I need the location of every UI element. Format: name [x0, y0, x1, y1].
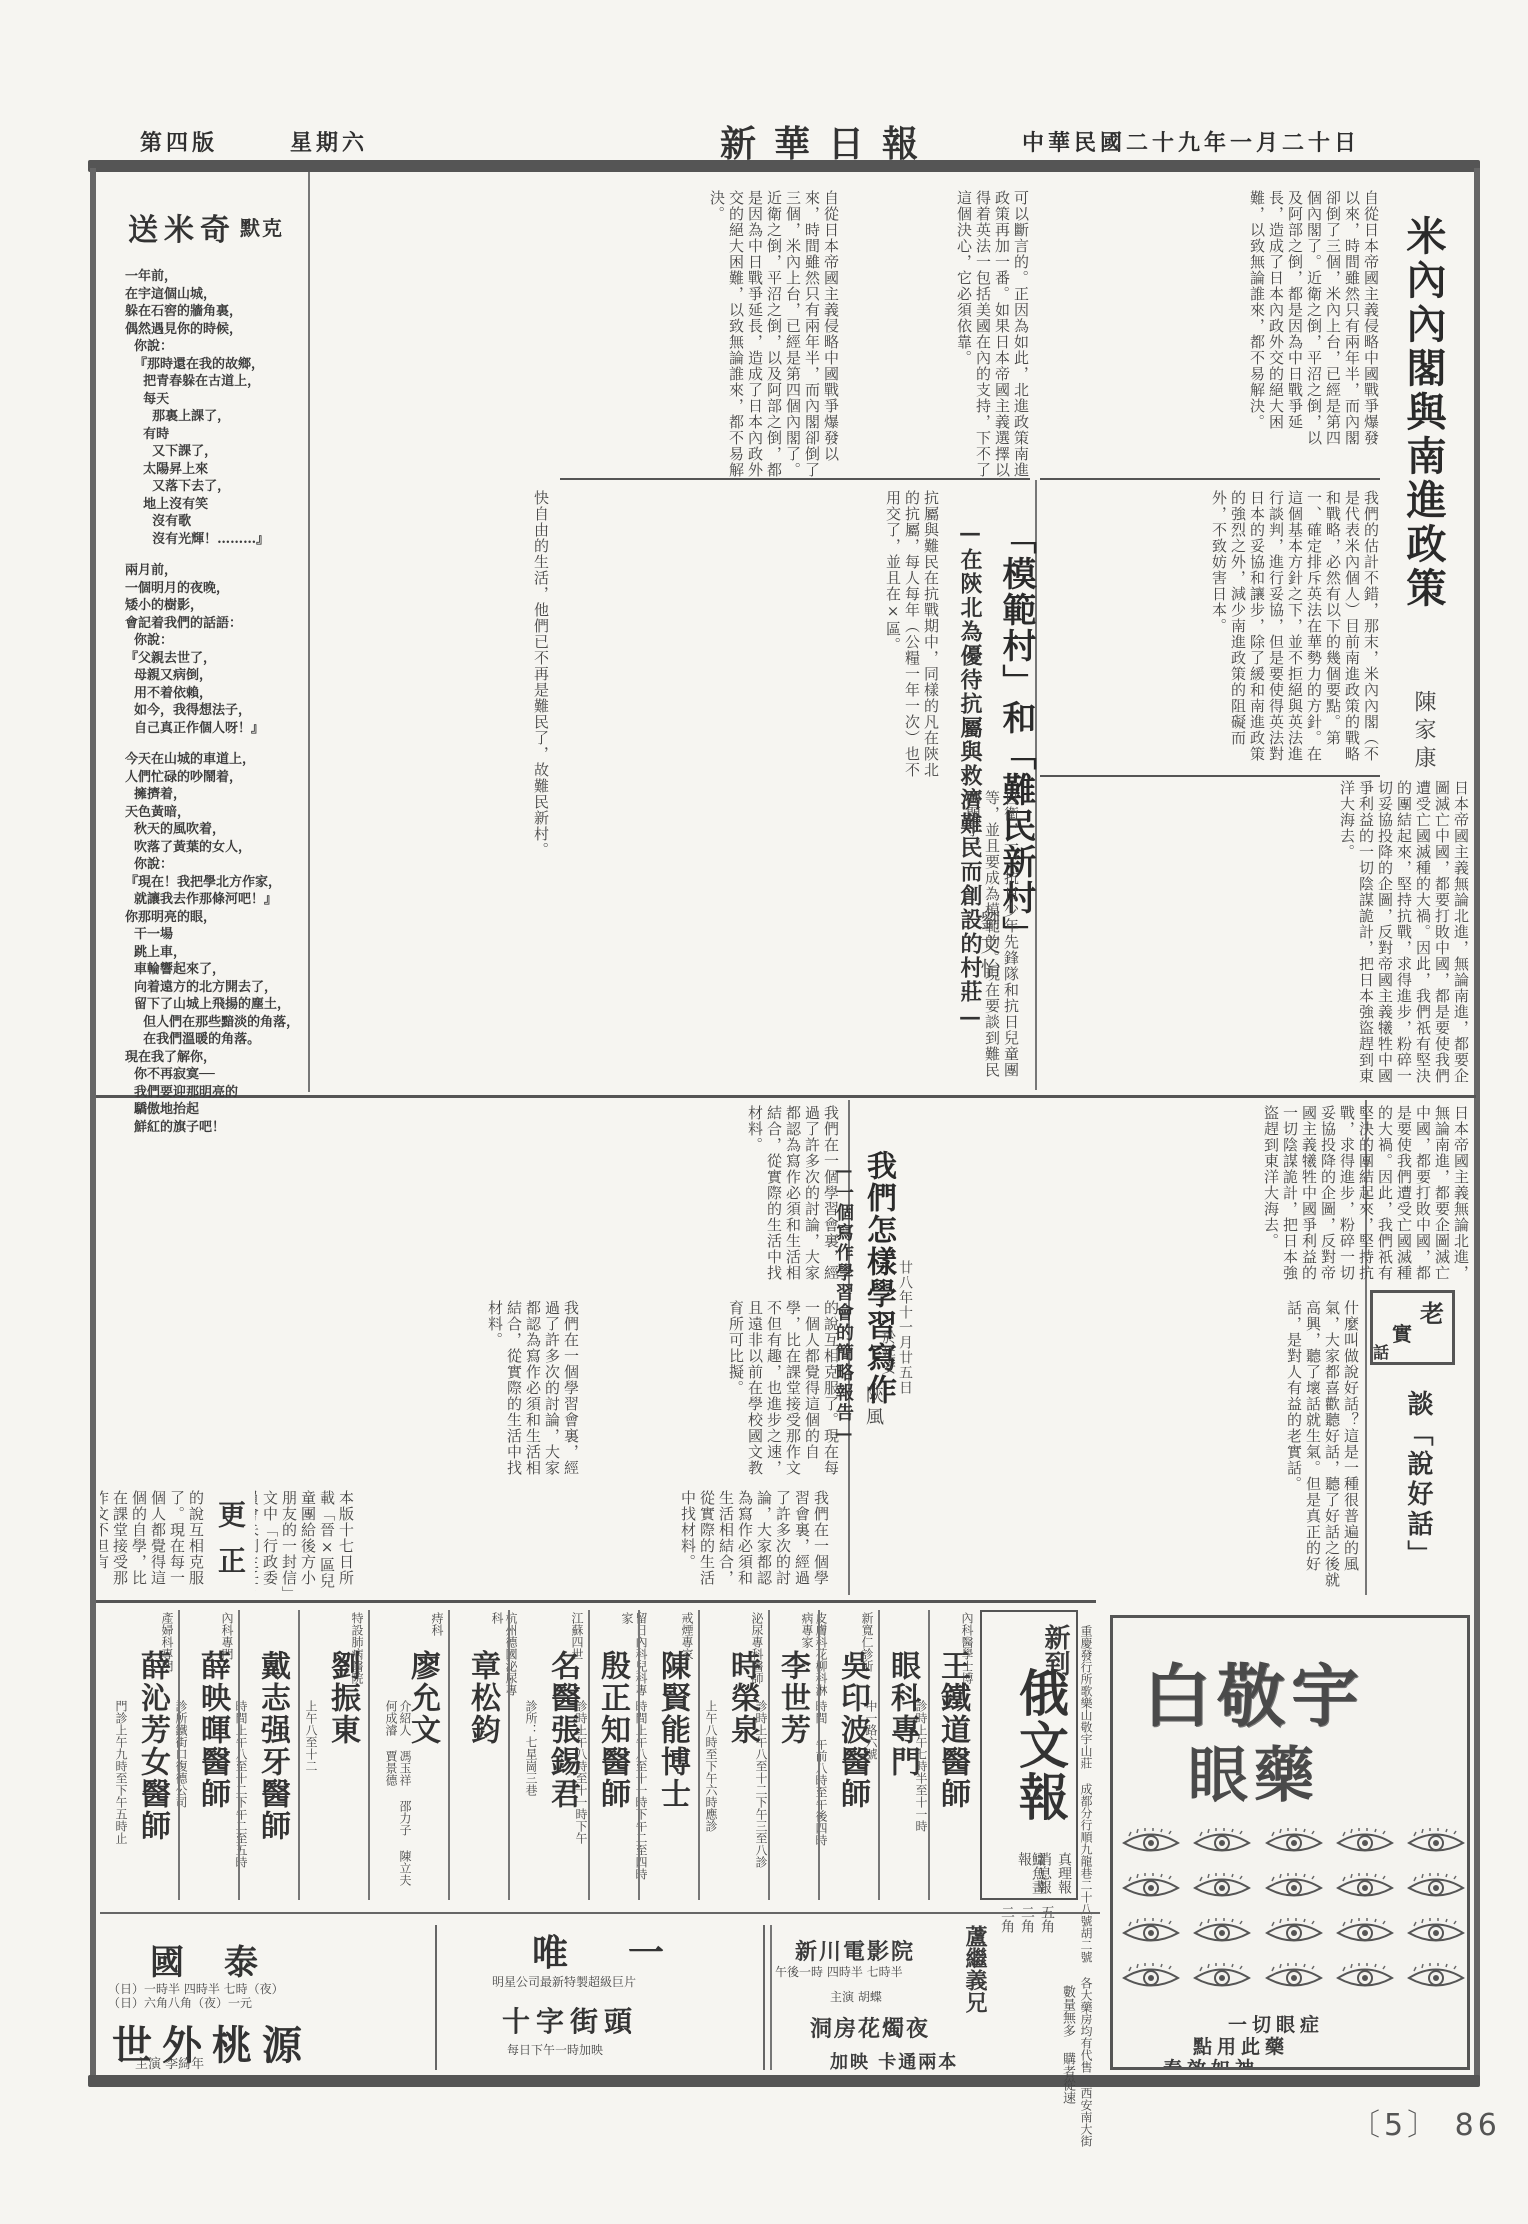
poem-line: 那裏上課了， [125, 408, 305, 426]
ad-divider [448, 1610, 450, 1900]
doctor-ad-info: 門診上午九時至下午五時止 [114, 1700, 128, 1900]
doctor-ad-info: 上午八時至下午六時應診 [704, 1700, 718, 1900]
poem-line: 兩月前， [125, 562, 305, 580]
writing-paragraph: 我們在一個學習會裏，經過了許多次的討論，大家都認為寫作必須和生活相結合，從實際的… [100, 1105, 840, 1290]
ad-divider [638, 1610, 640, 1900]
xinchuan-times: 午後一時 四時半 七時半 [775, 1965, 903, 1979]
writing-paragraph: 的說互相克服了。現在每一個人都覺得這個的自學，比在課堂接受那作文不但有趣，也進步… [590, 1300, 840, 1480]
ad-divider [818, 1610, 820, 1900]
editorial-paragraph: 自從日本帝國主義侵略中國戰爭爆發以來，時間雖然只有兩年半，而內閣卻倒了三個，米內… [320, 190, 840, 480]
russ-ad-item: 真理報 [1057, 1852, 1071, 1894]
weekday-label: 星期六 [290, 126, 368, 157]
poem-line: 躲在石窖的牆角裏， [125, 303, 305, 321]
poem-line: 車輪響起來了， [125, 961, 305, 979]
poem-line: 在宇這個山城， [125, 286, 305, 304]
poem-line: 吹落了黃葉的女人， [125, 839, 305, 857]
writing-paragraph: 的說互相克服了。現在每一個人都覺得這個的自學，比在課堂接受那作文不但有趣，也進步… [100, 1490, 205, 1600]
edition-label: 第四版 [140, 126, 218, 157]
poem-line: 偶然遇見你的時候， [125, 321, 305, 339]
doctor-ad-specialty: 留日內科兒科專家 [620, 1612, 648, 1702]
ad-divider [298, 1610, 300, 1900]
poem-line: 向着遠方的北方開去了， [125, 979, 305, 997]
editorial-paragraph: 日本帝國主義無論北進，無論南進，都要企圖滅亡中國，都要打敗中國，都是要使我們遭受… [1040, 780, 1470, 1090]
poem-line: 『那時還在我的故鄉， [125, 356, 305, 374]
poem-line: 你不再寂寞── [125, 1066, 305, 1084]
poem-line: 沒有光輝！………』 [125, 531, 305, 549]
guotai-cast: 主演 李綺年 [135, 2058, 204, 2072]
doctor-ad-specialty: 杭州德國泌尿專科 [490, 1612, 518, 1702]
poem-line: 如今，我得想法子， [125, 702, 305, 720]
honest-talk-char: 老 [1420, 1294, 1444, 1329]
ad-divider [178, 1610, 180, 1900]
eye-ad-slogan: 奏效如神 [1163, 2054, 1259, 2070]
poem-line: 母親又病倒， [125, 667, 305, 685]
poem-line: 但人們在那些黯淡的角落， [125, 1014, 305, 1032]
writing-paragraph: 我們在一個學習會裏，經過了許多次的討論，大家都認為寫作必須和生活相結合，從實際的… [360, 1490, 830, 1600]
poem-line: 留下了山城上飛揚的塵土， [125, 996, 305, 1014]
ad-divider [928, 1610, 930, 1900]
poem-line: 人們忙碌的吵鬧着， [125, 769, 305, 787]
poem-line: 用不着依賴， [125, 685, 305, 703]
guotai-prices: （日）六角八角（夜）一元 [108, 1996, 252, 2010]
date-label: 中華民國二十九年一月二十日 [1022, 126, 1360, 157]
village-paragraph: 快自由的生活，他們已不再是難民了，故難民新村。 [320, 490, 550, 1090]
ad-divider [768, 1610, 770, 1900]
eye-pattern-icon [1121, 1873, 1466, 1903]
editorial-author: 陳家康 [1408, 690, 1439, 774]
honest-talk-body: 什麼叫做說好話？這是一種很普遍的風氣，大家都喜歡聽好話，聽了好話之後就高興，聽了… [850, 1300, 1360, 1600]
doctor-ad-info: 診所：七星崗三巷 [524, 1700, 538, 1900]
doctor-ad-info: 上午八至十二 [304, 1700, 318, 1900]
eye-ad-product: 眼藥 [1188, 1728, 1320, 1814]
ad-divider [238, 1610, 240, 1900]
doctor-ad-specialty: 江蘇四世 [570, 1612, 584, 1702]
doctor-ad-specialty: 內科專門 [220, 1612, 234, 1702]
poem-line: 在我們溫暖的角落。 [125, 1031, 305, 1049]
weiyi-schedule: 每日下午一時加映 [507, 2043, 603, 2057]
doctor-ad-info: 時間上午八至十一時下午二至四時 [634, 1700, 648, 1900]
poem-line: 你說： [125, 856, 305, 874]
xinchuan-extra: 加映 卡通兩本 [830, 2048, 958, 2074]
doctor-ad-info: 時間 午前八時至午後四時 [814, 1700, 828, 1900]
divider-ads [96, 1600, 1096, 1603]
russ-ad-price: 二角 [1020, 1905, 1034, 1933]
doctor-ad-specialty: 特設肺病醫院 [350, 1612, 364, 1702]
village-paragraph: 抗屬與難民在抗戰期中，同樣的凡在陝北的抗屬，每人每年（公糧一年一次）也不用交了，… [560, 490, 940, 780]
poem-line: 你說： [125, 632, 305, 650]
poem-line: 有時 [125, 426, 305, 444]
xinchuan-stars: 主演 胡蝶 [830, 1990, 882, 2004]
poem-line: 矮小的樹影， [125, 597, 305, 615]
page-frame-bottom [88, 2075, 1480, 2087]
xinchuan-theatre: 新川電影院 [795, 1935, 915, 1966]
eye-pattern-icon [1121, 1828, 1466, 1858]
newspaper-page: 第四版 星期六 新華日報 中華民國二十九年一月二十日 米內內閣與南進政策 陳家康… [0, 0, 1528, 2224]
editorial-paragraph: 我們的估計不錯，那末，米內內閣（不是代表米內個人）目前南進政策的戰略和戰略，必然… [1040, 490, 1380, 770]
divider-poem [308, 172, 310, 1092]
poem-author: 默克 [240, 212, 284, 241]
russ-ad-price: 二角 [1000, 1905, 1014, 1933]
poem-line: 地上沒有笑 [125, 496, 305, 514]
doctor-ad-info: 時間上午八至十二下午二至五時 [234, 1700, 248, 1900]
poem-line: 太陽昇上來 [125, 461, 305, 479]
doctor-ad-specialty: 皮膚科花柳科淋病專家 [800, 1612, 828, 1702]
editorial-headline: 米內內閣與南進政策 [1395, 215, 1452, 611]
doctor-ad-name: 眼科專門 [880, 1650, 924, 1778]
editorial-paragraph: 日本帝國主義無論北進，無論南進，都要企圖滅亡中國，都要打敗中國，都是要使我們遭受… [850, 1105, 1470, 1290]
poem-line: 就讓我去作那條河吧！』 [125, 891, 305, 909]
editorial-paragraph: 可以斷言的。正因為如此，北進政策南進政策再加一番。如果日本帝國主義選擇以得着英法… [850, 190, 1030, 480]
honest-talk-char: 實 [1392, 1318, 1412, 1347]
poem-line: 干一場 [125, 926, 305, 944]
russian-paper-ad: 新到 俄文報 真理報 消息報 鱷魚畫報 [980, 1610, 1078, 1900]
poem-line: 跳上車， [125, 944, 305, 962]
xinchuan-film: 洞房花燭夜 [810, 2012, 930, 2043]
ad-divider [878, 1610, 880, 1900]
poem-line: 一個明月的夜晚， [125, 580, 305, 598]
doctor-ad-specialty: 產婦科專門 [160, 1612, 174, 1702]
poem-line: 自己真正作個人呀！』 [125, 720, 305, 738]
doctor-ad-name: 戴志强牙醫師 [250, 1650, 294, 1842]
poem-line: 今天在山城的車道上， [125, 751, 305, 769]
masthead: 第四版 星期六 新華日報 中華民國二十九年一月二十日 [120, 120, 1420, 160]
poem-title: 送米奇 [128, 205, 236, 249]
poem-line: 『現在！我把學北方作家， [125, 874, 305, 892]
doctor-ad-specialty: 新寬仁診所 [860, 1612, 874, 1702]
eye-ad-distributors: 重慶發行所歌樂山敬宇山莊 成都分行順九龍巷二十八號胡二號 各大藥房均有代售 西安… [1078, 1625, 1094, 2147]
poem-line: 擁擠着， [125, 786, 305, 804]
weiyi-ad: 唯一 明星公司最新特製超級巨片 十字街頭 每日下午一時加映 [435, 1925, 765, 2070]
doctor-ad-specialty: 泌尿專科醫師 [750, 1612, 764, 1702]
guotai-theatre: 國泰 [150, 1935, 298, 1984]
russ-ad-price: 五角 [1040, 1905, 1054, 1933]
weiyi-film: 十字街頭 [502, 2000, 638, 2040]
russ-ad-item: 鱷魚畫報 [1017, 1852, 1045, 1898]
poem-line: 你那明亮的眼， [125, 909, 305, 927]
page-number: 〔5〕 86 [1350, 2100, 1501, 2144]
poem-line: 每天 [125, 391, 305, 409]
misc-ad: 蘆繼義兄 [960, 1925, 991, 2013]
doctor-ad-info: 診所鐵街口復德公司 [174, 1700, 188, 1900]
divider-edit-3 [1040, 775, 1380, 777]
doctor-ad-specialty: 內科醫學士博 [960, 1612, 974, 1702]
honest-talk-char: 話 [1373, 1340, 1389, 1363]
eye-medicine-ad: 白敬宇 眼藥 一切眼症 點用此藥 奏效如神 [1110, 1615, 1470, 2070]
divider-bottom-ads [100, 1912, 1100, 1914]
ad-divider [508, 1610, 510, 1900]
poem-line: 我們要迎那明亮的 [125, 1084, 305, 1102]
poem-line: 把青春躲在古道上， [125, 373, 305, 391]
weiyi-note: 明星公司最新特製超級巨片 [492, 1975, 636, 1989]
russ-ad-name: 俄文報 [1004, 1667, 1076, 1823]
russ-ad-note: 數量無多 購者從速 [1060, 1985, 1074, 2104]
poem-line: 秋天的風吹着， [125, 821, 305, 839]
guotai-times: （日）一時半 四時半 七時（夜） [108, 1982, 284, 1996]
weiyi-theatre: 唯一 [532, 1925, 724, 1976]
ad-divider [368, 1610, 370, 1900]
poem-line: 現在我了解你， [125, 1049, 305, 1067]
doctor-ad-specialty: 戒煙專家 [680, 1612, 694, 1702]
correction-body: 本版十七日所載「晉×區兒童團給後方小朋友的一封信」文中「行政委員會朱副主任」一語… [255, 1490, 355, 1600]
writing-paragraph: 我們在一個學習會裏，經過了許多次的討論，大家都認為寫作必須和生活相結合，從實際的… [100, 1300, 580, 1480]
village-paragraph: 自衛，一，抗日少年先鋒隊和抗日兒童團等，並且要成為模範的。現在要談到難民問題了。 [560, 790, 1020, 1090]
doctor-ad-specialty: 痔科 [430, 1612, 444, 1702]
correction-title: 更正 [210, 1500, 250, 1592]
doctor-ad-info: 介紹人 馮玉祥 邵力子 陳立夫 何成濬 賈景德 [384, 1700, 412, 1900]
divider-cinema [770, 1925, 772, 2070]
honest-talk-title: 談「說好話」 [1400, 1390, 1437, 1570]
poem-line: 沒有歌 [125, 513, 305, 531]
poem-line: 會記着我們的話語： [125, 615, 305, 633]
ad-divider [698, 1610, 700, 1900]
poem-line: 又落下去了， [125, 478, 305, 496]
poem-line: 天色黃暗， [125, 804, 305, 822]
poem-line: 『父親去世了， [125, 650, 305, 668]
eye-ad-brand: 白敬宇 [1143, 1643, 1365, 1740]
ad-divider [588, 1610, 590, 1900]
eye-pattern-icon [1121, 1963, 1466, 1993]
eye-pattern-icon [1121, 1918, 1466, 1948]
poem-line: 一年前， [125, 268, 305, 286]
editorial-paragraph: 自從日本帝國主義侵略中國戰爭爆發以來，時間雖然只有兩年半，而內閣卻倒了三個，米內… [1040, 190, 1380, 460]
poem-line: 又下課了， [125, 443, 305, 461]
poem-line: 你說： [125, 338, 305, 356]
divider-edit-1 [1040, 478, 1380, 480]
poem-body: 一年前，在宇這個山城，躲在石窖的牆角裏，偶然遇見你的時候， 你說： 『那時還在我… [125, 268, 305, 1136]
